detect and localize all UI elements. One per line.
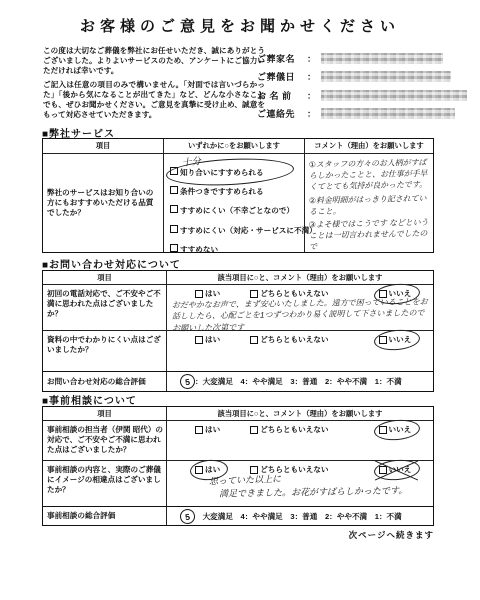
consultation-rating-scale: 5 大変満足 4：やや満足 3：普通 2：やや不満 1：不満 (166, 506, 433, 525)
col-header-response: 該当項目に○と、コメント（理由）をお願いします (166, 407, 433, 420)
consultation-table: 項目 該当項目に○と、コメント（理由）をお願いします 事前相談の担当者（伊関 昭… (42, 406, 434, 526)
inquiry-answer-2: はい どちらともいえない いいえ (166, 330, 433, 371)
option-hard-dissatisfied: すすめにくい（対応・サービスに不満） (170, 221, 304, 240)
section-heading-inquiry: ■お問い合わせ対応について (42, 256, 181, 271)
consultation-question-1: 事前相談の担当者（伊関 昭代）の対応で、ご不安やご不満に思われた点はございました… (43, 420, 166, 460)
checkbox-icon (250, 290, 258, 298)
yes-no-options: はい どちらともいえない いいえ (167, 334, 411, 345)
yes-no-options: はい どちらともいえない いいえ (167, 464, 411, 475)
consultation-question-2: 事前相談の内容と、実際のご葬儀にイメージの相違点はございましたか？ (43, 460, 166, 506)
option-hard-misfortune: すすめにくい（不幸ごとなので） (170, 201, 304, 220)
redacted-value (321, 90, 467, 101)
option-yes: はい (195, 424, 220, 435)
checkbox-icon (170, 225, 178, 233)
service-table: 項目 いずれかに○をお願いします コメント（理由）をお願いします 弊社のサービス… (42, 138, 434, 253)
col-header-comment: コメント（理由）をお願いします (304, 139, 433, 153)
option-yes: はい (195, 288, 220, 299)
redacted-value (321, 108, 455, 119)
checkbox-icon (195, 290, 203, 298)
option-yes: はい (195, 334, 220, 345)
field-label: ご連絡先 (257, 107, 305, 120)
option-no-crossed: いいえ (379, 464, 412, 475)
inquiry-rating-label: お問い合わせ対応の総合評価 (43, 371, 166, 391)
intro-paragraph-1: この度は大切なご葬儀を弊社にお任せいただき、誠にありがとうございました。よりよい… (43, 46, 265, 75)
handwritten-comment-2: ②料金明細がはっきり記されていること。 (309, 192, 431, 217)
redacted-value (321, 53, 443, 64)
service-comments: ①スタッフの方々のお人柄がすばらしかったことと、お仕事が手早くてとても気持が良か… (304, 153, 433, 252)
field-colon: ： (307, 107, 316, 120)
field-funeral-date: ご葬儀日 ： (257, 71, 467, 83)
option-neutral: どちらともいえない (250, 424, 328, 435)
checkbox-icon (250, 426, 258, 434)
inquiry-table: 項目 該当項目に○と、コメント（理由）をお願いします 初回の電話対応で、ご不安や… (42, 270, 434, 392)
intro-text: この度は大切なご葬儀を弊社にお任せいただき、誠にありがとうございました。よりよい… (43, 46, 265, 125)
rating-scale-text: ：大変満足 4：やや満足 3：普通 2：やや不満 1：不満 (195, 376, 402, 387)
page-title: お客様のご意見をお聞かせください (0, 15, 480, 36)
section-heading-consultation: ■事前相談について (42, 392, 137, 407)
customer-fields: ご葬家名 ： ご葬儀日 ： お 名 前 ： ご連絡先 ： (257, 52, 467, 126)
consultation-answer-1: はい どちらともいえない いいえ (166, 420, 433, 460)
checkbox-icon (170, 205, 178, 213)
field-label: ご葬儀日 (257, 70, 305, 83)
col-header-item: 項目 (43, 139, 163, 153)
redacted-value (321, 71, 451, 82)
consultation-rating-label: 事前相談の総合評価 (43, 506, 166, 525)
handwritten-comment: おだやかなお声で、まず安心いたしました。遠方で困っていることをお話ししたら、心配… (172, 296, 430, 333)
circled-rating: 5 (179, 508, 196, 525)
handdrawn-circle (373, 418, 420, 442)
yes-no-options: はい どちらともいえない いいえ (167, 424, 411, 435)
checkbox-icon (170, 186, 178, 194)
option-neutral: どちらともいえない (250, 334, 328, 345)
option-conditional: 条件つきですすめられる (170, 182, 304, 201)
field-name: お 名 前 ： (257, 89, 467, 101)
next-page-note: 次ページへ続きます (42, 529, 434, 541)
checkbox-icon (250, 336, 258, 344)
service-options: 十分 知り合いにすすめられる 条件つきですすめられる すすめにくい（不幸ごとなの… (163, 153, 304, 252)
inquiry-rating-scale: 5 ：大変満足 4：やや満足 3：普通 2：やや不満 1：不満 (166, 371, 433, 391)
inquiry-question-1: 初回の電話対応で、ご不安やご不満に思われた点はございましたか？ (43, 284, 166, 330)
col-header-item: 項目 (43, 271, 166, 284)
handwritten-comment-3: ③よそ様ではこうです などということは一切言われませんでしたので (309, 217, 432, 253)
field-colon: ： (307, 70, 316, 83)
option-no: いいえ (379, 424, 412, 435)
checkbox-icon (170, 244, 178, 252)
rating-scale-text: 大変満足 4：やや満足 3：普通 2：やや不満 1：不満 (195, 511, 402, 522)
field-label: お 名 前 (257, 89, 305, 102)
checkbox-icon (195, 336, 203, 344)
field-colon: ： (307, 89, 316, 102)
consultation-answer-2: はい どちらともいえない いいえ 思っていた以上に 満足できました。お花がすばら… (166, 460, 433, 506)
circled-rating: 5 (179, 373, 196, 390)
field-label: ご葬家名 (257, 52, 305, 65)
handdrawn-circle (373, 328, 420, 352)
handwritten-note: 十分 (181, 152, 202, 173)
col-header-item: 項目 (43, 407, 166, 420)
option-no: いいえ (379, 334, 412, 345)
field-colon: ： (307, 52, 316, 65)
cross-out-mark (375, 460, 418, 479)
col-header-choice: いずれかに○をお願いします (163, 139, 304, 153)
option-not-recommend: すすめない (170, 240, 304, 259)
field-family-name: ご葬家名 ： (257, 52, 467, 64)
col-header-response: 該当項目に○と、コメント（理由）をお願いします (166, 271, 433, 284)
intro-paragraph-2: ご記入は任意の項目のみで構いません。「対面では言いづらかった」「後から気になるこ… (43, 80, 265, 119)
checkbox-icon (195, 426, 203, 434)
service-question: 弊社のサービスはお知り合いの方にもおすすめいただける品質でしたか？ (43, 153, 163, 252)
handwritten-comment-line2: 満足できました。お花がすばらしかったです。 (219, 483, 407, 499)
field-contact: ご連絡先 ： (257, 108, 467, 120)
handwritten-comment-1: ①スタッフの方々のお人柄がすばらしかったことと、お仕事が手早くてとても気持が良か… (309, 157, 432, 193)
inquiry-question-2: 資料の中でわかりにくい点はございましたか？ (43, 330, 166, 371)
inquiry-answer-1: はい どちらともいえない いいえ おだやかなお声で、まず安心いたしました。遠方で… (166, 284, 433, 330)
